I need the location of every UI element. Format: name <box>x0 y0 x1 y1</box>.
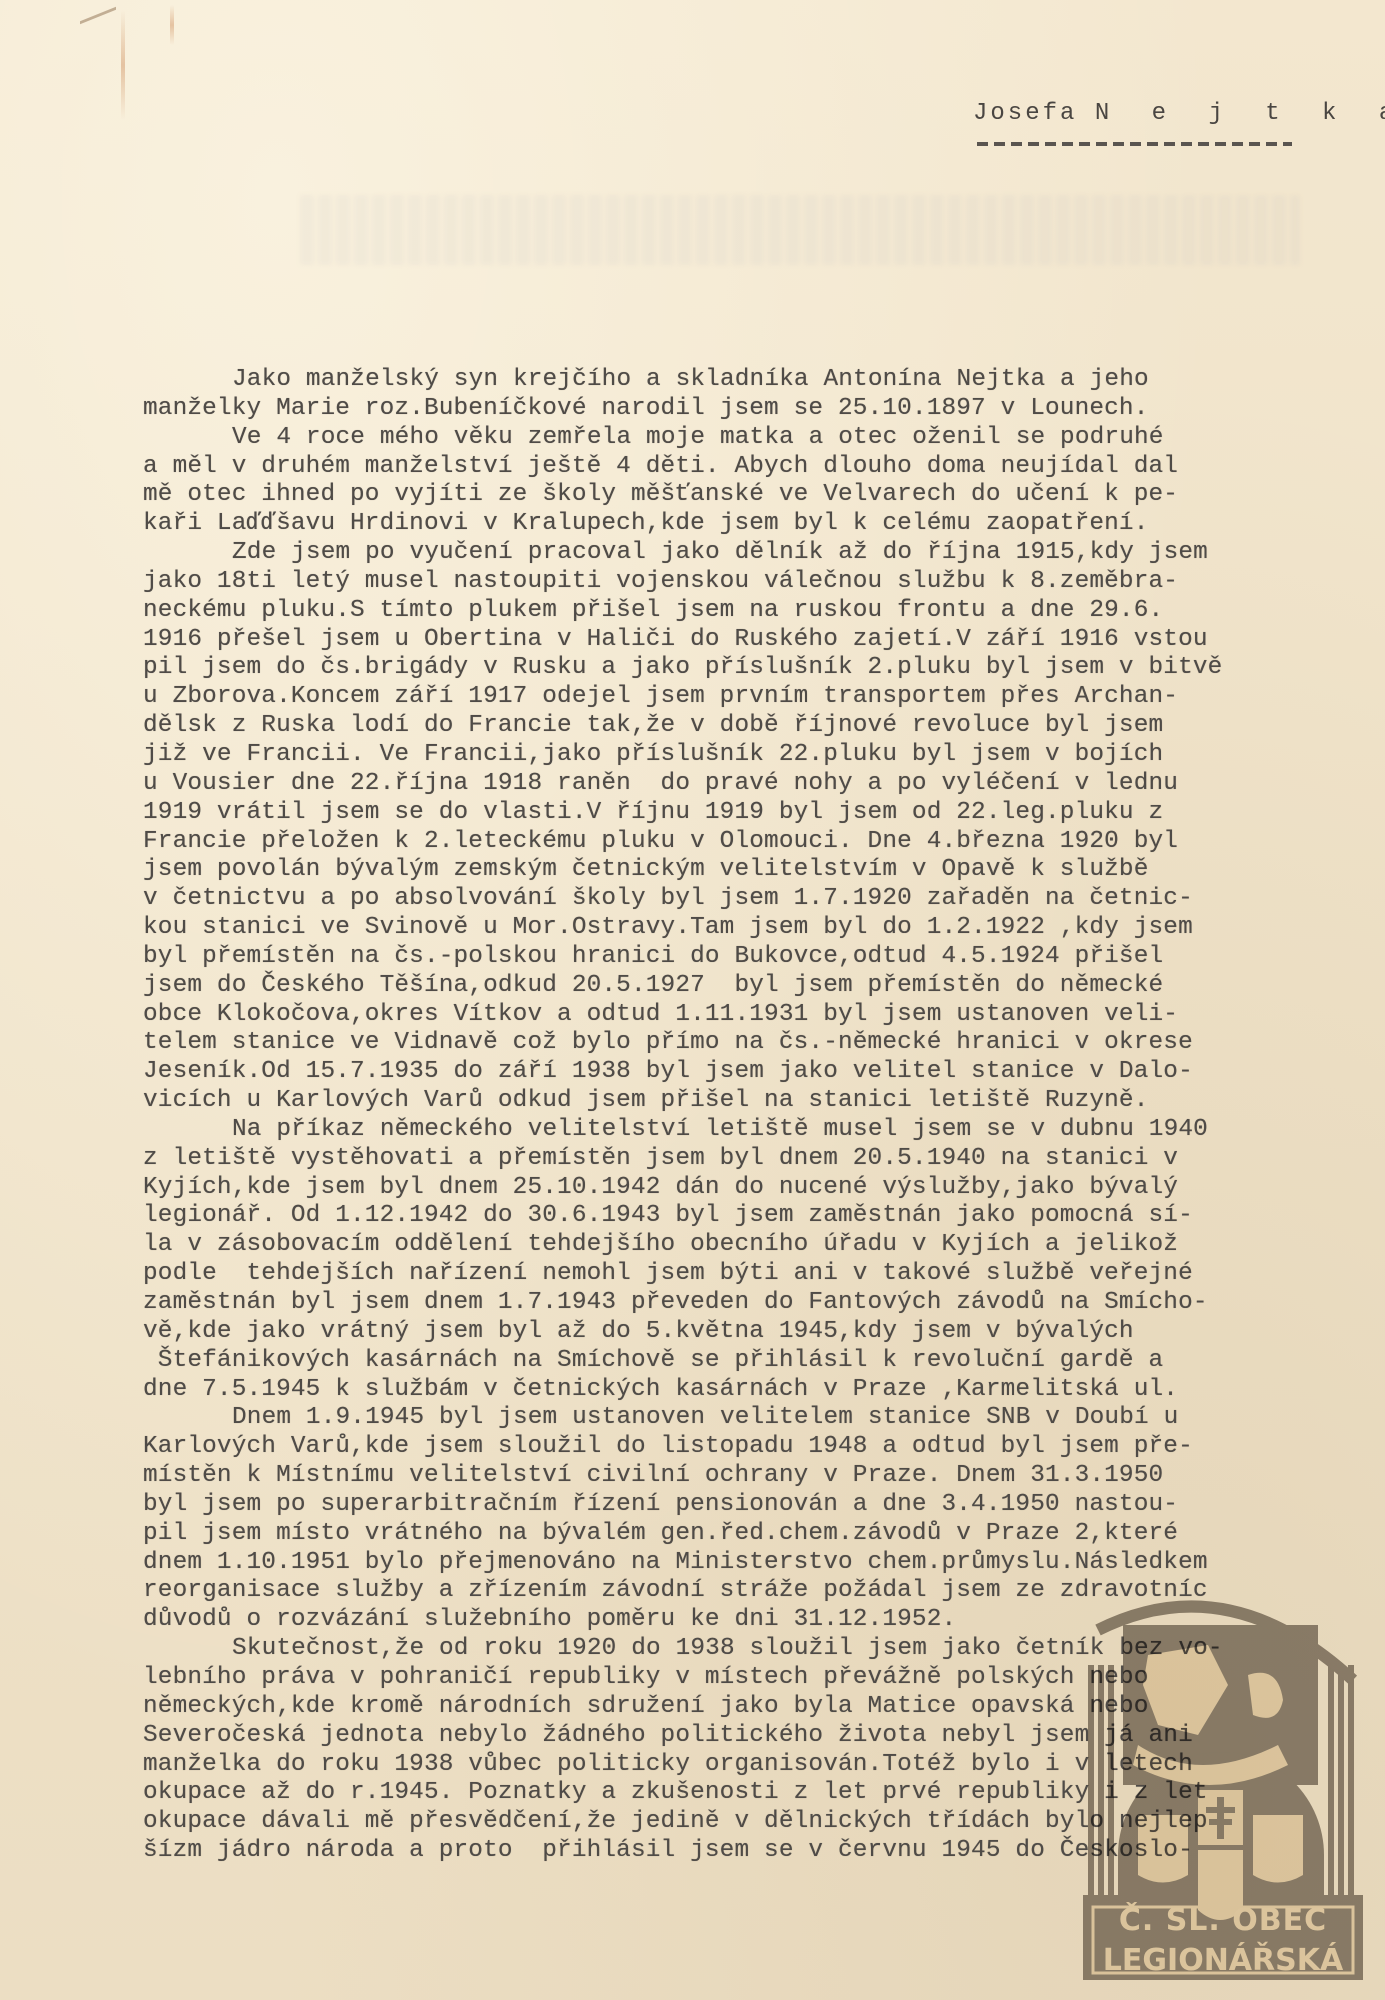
text-line: 1919 vrátil jsem se do vlasti.V říjnu 19… <box>143 799 1383 828</box>
text-line: Zde jsem po vyučení pracoval jako dělník… <box>143 539 1383 568</box>
text-line: Karlových Varů,kde jsem sloužil do listo… <box>143 1433 1383 1462</box>
text-line: neckému pluku.S tímto plukem přišel jsem… <box>143 597 1383 626</box>
text-line: a měl v druhém manželství ještě 4 děti. … <box>143 453 1383 482</box>
legion-stamp: Č. SL. OBEC LEGIONÁŘSKÁ <box>1078 1585 1368 1985</box>
text-line: Na příkaz německého velitelství letiště … <box>143 1116 1383 1145</box>
text-line: byl jsem po superarbitračním řízení pens… <box>143 1491 1383 1520</box>
text-line: dnem 1.10.1951 bylo přejmenováno na Mini… <box>143 1549 1383 1578</box>
stamp-text-line1: Č. SL. OBEC <box>1078 1903 1368 1938</box>
text-line: vě,kde jako vrátný jsem byl až do 5.květ… <box>143 1318 1383 1347</box>
text-line: kaři Laďďšavu Hrdinovi v Kralupech,kde j… <box>143 510 1383 539</box>
document-heading: Josefa N e j t k a . <box>973 100 1385 127</box>
heading-first-name: Josefa <box>973 100 1077 127</box>
text-line: jako 18ti letý musel nastoupiti vojensko… <box>143 568 1383 597</box>
text-line: telem stanice ve Vidnavě což bylo přímo … <box>143 1029 1383 1058</box>
text-line: obce Klokočova,okres Vítkov a odtud 1.11… <box>143 1001 1383 1030</box>
text-line: legionář. Od 1.12.1942 do 30.6.1943 byl … <box>143 1202 1383 1231</box>
text-line: jsem do Českého Těšína,odkud 20.5.1927 b… <box>143 972 1383 1001</box>
text-line: vicích u Karlových Varů odkud jsem přiše… <box>143 1087 1383 1116</box>
rust-stain <box>121 10 125 120</box>
text-line: la v zásobovacím oddělení tehdejšího obe… <box>143 1231 1383 1260</box>
text-line: již ve Francii. Ve Francii,jako příslušn… <box>143 741 1383 770</box>
document-page: Josefa N e j t k a . Jako manželský syn … <box>0 0 1385 2000</box>
text-line: Jako manželský syn krejčího a skladníka … <box>143 366 1383 395</box>
bleed-through-text <box>300 195 1300 265</box>
text-line: podle tehdejších nařízení nemohl jsem bý… <box>143 1260 1383 1289</box>
text-line: byl přemístěn na čs.-polskou hranici do … <box>143 943 1383 972</box>
text-line: pil jsem do čs.brigády v Rusku a jako př… <box>143 654 1383 683</box>
heading-last-name: N e j t k a . <box>1095 100 1385 127</box>
text-line: Ve 4 roce mého věku zemřela moje matka a… <box>143 424 1383 453</box>
text-line: dělsk z Ruska lodí do Francie tak,že v d… <box>143 712 1383 741</box>
text-line: pil jsem místo vrátného na bývalém gen.ř… <box>143 1520 1383 1549</box>
text-line: manželky Marie roz.Bubeníčkové narodil j… <box>143 395 1383 424</box>
paper-fold-mark <box>80 0 116 24</box>
text-line: z letiště vystěhovati a přemístěn jsem b… <box>143 1145 1383 1174</box>
text-line: dne 7.5.1945 k službám v četnických kasá… <box>143 1376 1383 1405</box>
text-line: zaměstnán byl jsem dnem 1.7.1943 převede… <box>143 1289 1383 1318</box>
text-line: kou stanici ve Svinově u Mor.Ostravy.Tam… <box>143 914 1383 943</box>
text-line: Kyjích,kde jsem byl dnem 25.10.1942 dán … <box>143 1174 1383 1203</box>
text-line: u Zborova.Koncem září 1917 odejel jsem p… <box>143 683 1383 712</box>
text-line: mě otec ihned po vyjíti ze školy měšťans… <box>143 481 1383 510</box>
text-line: Jeseník.Od 15.7.1935 do září 1938 byl js… <box>143 1058 1383 1087</box>
rust-stain <box>170 5 174 45</box>
text-line: v četnictvu a po absolvování školy byl j… <box>143 885 1383 914</box>
text-line: 1916 přešel jsem u Obertina v Haliči do … <box>143 626 1383 655</box>
text-line: Štefánikových kasárnách na Smíchově se p… <box>143 1347 1383 1376</box>
text-line: jsem povolán bývalým zemským četnickým v… <box>143 856 1383 885</box>
text-line: Francie přeložen k 2.leteckému pluku v O… <box>143 828 1383 857</box>
text-line: u Vousier dne 22.října 1918 raněn do pra… <box>143 770 1383 799</box>
text-line: Dnem 1.9.1945 byl jsem ustanoven velitel… <box>143 1404 1383 1433</box>
heading-underline <box>977 142 1292 146</box>
stamp-text-line2: LEGIONÁŘSKÁ <box>1078 1943 1368 1978</box>
text-line: místěn k Místnímu velitelství civilní oc… <box>143 1462 1383 1491</box>
